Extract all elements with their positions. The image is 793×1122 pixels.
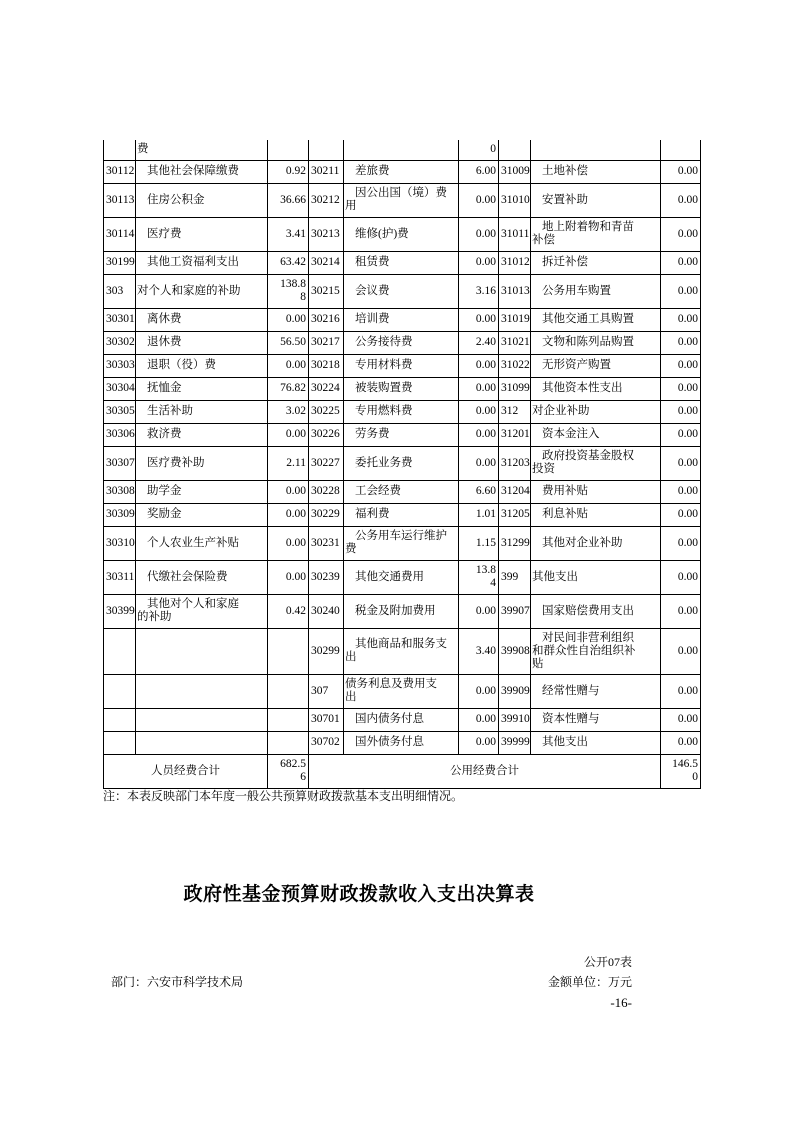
amount-cell: 0.00: [459, 183, 499, 217]
amount-cell: 0.92: [268, 160, 309, 183]
econ-code-cell: 31203: [499, 446, 531, 480]
econ-code-cell: 31013: [499, 274, 531, 308]
econ-code-cell: 39907: [499, 594, 531, 628]
table-row: 30199其他工资福利支出63.4230214租赁费0.0031012拆迁补偿0…: [104, 251, 701, 274]
personnel-total-label: 人员经费合计: [104, 754, 268, 788]
econ-code-cell: 31019: [499, 308, 531, 331]
econ-code-cell: 30114: [104, 217, 136, 251]
amount-cell: 0.00: [661, 251, 701, 274]
econ-item-cell: 医疗费补助: [136, 446, 268, 480]
econ-code-cell: 30702: [309, 731, 344, 754]
econ-item-cell: 抚恤金: [136, 377, 268, 400]
amount-cell: 3.16: [459, 274, 499, 308]
amount-cell: [268, 628, 309, 674]
table-row: 30112其他社会保障缴费0.9230211差旅费6.0031009土地补偿0.…: [104, 160, 701, 183]
econ-code-cell: 31299: [499, 526, 531, 560]
econ-item-cell: 专用燃料费: [344, 400, 459, 423]
econ-code-cell: 30228: [309, 480, 344, 503]
econ-code-cell: 30112: [104, 160, 136, 183]
econ-code-cell: 30301: [104, 308, 136, 331]
page-number: -16-: [103, 995, 632, 1011]
econ-code-cell: 30218: [309, 354, 344, 377]
econ-item-cell: 费用补贴: [531, 480, 661, 503]
econ-item-cell: 维修(护)费: [344, 217, 459, 251]
table-row: 30299其他商品和服务支出3.4039908对民间非营利组织和群众性自治组织补…: [104, 628, 701, 674]
amount-cell: [268, 674, 309, 708]
econ-item-cell: 公务接待费: [344, 331, 459, 354]
econ-code-cell: 30307: [104, 446, 136, 480]
amount-cell: 0.00: [661, 480, 701, 503]
amount-cell: 0.42: [268, 594, 309, 628]
amount-cell: 0.00: [661, 674, 701, 708]
econ-item-cell: 被装购置费: [344, 377, 459, 400]
econ-item-cell: 其他对企业补助: [531, 526, 661, 560]
amount-cell: 0.00: [459, 594, 499, 628]
econ-item-cell: 医疗费: [136, 217, 268, 251]
econ-item-cell: [344, 140, 459, 160]
econ-item-cell: 其他支出: [531, 560, 661, 594]
econ-item-cell: 租赁费: [344, 251, 459, 274]
econ-code-cell: 31010: [499, 183, 531, 217]
table-row: 30701国内债务付息0.0039910资本性赠与0.00: [104, 708, 701, 731]
econ-item-cell: 债务利息及费用支出: [344, 674, 459, 708]
amount-cell: 0.00: [459, 446, 499, 480]
table-row: 30309奖励金0.0030229福利费1.0131205利息补贴0.00: [104, 503, 701, 526]
econ-code-cell: 30225: [309, 400, 344, 423]
basic-expenditure-detail-table: 费030112其他社会保障缴费0.9230211差旅费6.0031009土地补偿…: [103, 140, 701, 789]
econ-code-cell: 30305: [104, 400, 136, 423]
amount-cell: 3.02: [268, 400, 309, 423]
econ-code-cell: 399: [499, 560, 531, 594]
econ-code-cell: 31011: [499, 217, 531, 251]
econ-code-cell: 30399: [104, 594, 136, 628]
econ-code-cell: 30224: [309, 377, 344, 400]
table-row: 30310个人农业生产补贴0.0030231公务用车运行维护费1.1531299…: [104, 526, 701, 560]
document-page: 费030112其他社会保障缴费0.9230211差旅费6.0031009土地补偿…: [0, 0, 793, 1122]
amount-cell: 1.15: [459, 526, 499, 560]
table-row: 30114医疗费3.4130213维修(护)费0.0031011地上附着物和青苗…: [104, 217, 701, 251]
amount-cell: 2.11: [268, 446, 309, 480]
econ-item-cell: 费: [136, 140, 268, 160]
amount-cell: 0.00: [661, 526, 701, 560]
table-row: 303对个人和家庭的补助138.8 830215会议费3.1631013公务用车…: [104, 274, 701, 308]
amount-cell: [268, 708, 309, 731]
econ-item-cell: 拆迁补偿: [531, 251, 661, 274]
amount-cell: 0.00: [459, 731, 499, 754]
amount-cell: 0.00: [661, 503, 701, 526]
econ-code-cell: 30213: [309, 217, 344, 251]
amount-cell: 0.00: [459, 251, 499, 274]
econ-item-cell: 对个人和家庭的补助: [136, 274, 268, 308]
table-body: 费030112其他社会保障缴费0.9230211差旅费6.0031009土地补偿…: [104, 140, 701, 788]
econ-code-cell: 31021: [499, 331, 531, 354]
econ-item-cell: 利息补贴: [531, 503, 661, 526]
econ-item-cell: 其他商品和服务支出: [344, 628, 459, 674]
table-row-continued: 费0: [104, 140, 701, 160]
amount-cell: 0.00: [268, 560, 309, 594]
econ-code-cell: 31205: [499, 503, 531, 526]
econ-code-cell: 30306: [104, 423, 136, 446]
econ-item-cell: 退休费: [136, 331, 268, 354]
amount-cell: 0.00: [459, 674, 499, 708]
public-total-value: 146.5 0: [661, 754, 701, 788]
econ-code-cell: 31204: [499, 480, 531, 503]
econ-item-cell: 福利费: [344, 503, 459, 526]
econ-code-cell: 30229: [309, 503, 344, 526]
econ-item-cell: 其他社会保障缴费: [136, 160, 268, 183]
econ-code-cell: 39910: [499, 708, 531, 731]
econ-item-cell: 救济费: [136, 423, 268, 446]
econ-code-cell: 31099: [499, 377, 531, 400]
econ-code-cell: 30217: [309, 331, 344, 354]
econ-code-cell: 30211: [309, 160, 344, 183]
table-row: 30303退职（役）费0.0030218专用材料费0.0031022无形资产购置…: [104, 354, 701, 377]
econ-item-cell: [136, 731, 268, 754]
econ-item-cell: 劳务费: [344, 423, 459, 446]
table-row: 30306救济费0.0030226劳务费0.0031201资本金注入0.00: [104, 423, 701, 446]
econ-item-cell: 国外债务付息: [344, 731, 459, 754]
amount-cell: 0.00: [661, 331, 701, 354]
amount-cell: 0.00: [661, 274, 701, 308]
econ-item-cell: 资本金注入: [531, 423, 661, 446]
amount-cell: 2.40: [459, 331, 499, 354]
amount-cell: 0.00: [268, 423, 309, 446]
econ-item-cell: 对企业补助: [531, 400, 661, 423]
econ-code-cell: 30214: [309, 251, 344, 274]
econ-item-cell: 经常性赠与: [531, 674, 661, 708]
amount-cell: 0.00: [459, 423, 499, 446]
amount-cell: 0.00: [661, 160, 701, 183]
amount-cell: 0.00: [661, 708, 701, 731]
table-row: 30305生活补助3.0230225专用燃料费0.00312对企业补助0.00: [104, 400, 701, 423]
econ-item-cell: 差旅费: [344, 160, 459, 183]
econ-item-cell: 其他对个人和家庭的补助: [136, 594, 268, 628]
econ-code-cell: [499, 140, 531, 160]
amount-cell: 0.00: [268, 526, 309, 560]
econ-item-cell: 国家赔偿费用支出: [531, 594, 661, 628]
amount-cell: 0.00: [459, 354, 499, 377]
table-row: 30307医疗费补助2.1130227委托业务费0.0031203政府投资基金股…: [104, 446, 701, 480]
econ-item-cell: 退职（役）费: [136, 354, 268, 377]
econ-item-cell: 个人农业生产补贴: [136, 526, 268, 560]
econ-item-cell: 税金及附加费用: [344, 594, 459, 628]
table-row: 30308助学金0.0030228工会经费6.6031204费用补贴0.00: [104, 480, 701, 503]
econ-item-cell: 其他工资福利支出: [136, 251, 268, 274]
table-row: 30311代缴社会保险费0.0030239其他交通费用13.8 4399其他支出…: [104, 560, 701, 594]
page-title: 政府性基金预算财政拨款收入支出决算表: [103, 883, 615, 906]
amount-cell: 0.00: [268, 503, 309, 526]
amount-cell: 0.00: [661, 446, 701, 480]
amount-cell: 0.00: [459, 308, 499, 331]
econ-code-cell: 30216: [309, 308, 344, 331]
econ-item-cell: 委托业务费: [344, 446, 459, 480]
econ-code-cell: 30240: [309, 594, 344, 628]
econ-code-cell: 30303: [104, 354, 136, 377]
unit-label: 金额单位：万元: [103, 973, 632, 990]
amount-cell: 0.00: [661, 183, 701, 217]
form-number-label: 公开07表: [103, 953, 632, 970]
econ-code-cell: 30239: [309, 560, 344, 594]
econ-code-cell: 30302: [104, 331, 136, 354]
table-note: 注：本表反映部门本年度一般公共预算财政拨款基本支出明细情况。: [103, 789, 463, 804]
econ-code-cell: 307: [309, 674, 344, 708]
econ-item-cell: 无形资产购置: [531, 354, 661, 377]
econ-code-cell: [104, 140, 136, 160]
econ-code-cell: 30308: [104, 480, 136, 503]
econ-code-cell: 39909: [499, 674, 531, 708]
amount-cell: 0.00: [459, 377, 499, 400]
econ-item-cell: 资本性赠与: [531, 708, 661, 731]
table-row: 30702国外债务付息0.0039999其他支出0.00: [104, 731, 701, 754]
econ-item-cell: 对民间非营利组织和群众性自治组织补贴: [531, 628, 661, 674]
econ-code-cell: 312: [499, 400, 531, 423]
econ-code-cell: 30226: [309, 423, 344, 446]
amount-cell: 0.00: [661, 628, 701, 674]
amount-cell: 0.00: [661, 594, 701, 628]
table-row: 30301离休费0.0030216培训费0.0031019其他交通工具购置0.0…: [104, 308, 701, 331]
econ-item-cell: 其他资本性支出: [531, 377, 661, 400]
amount-cell: 76.82: [268, 377, 309, 400]
econ-item-cell: 会议费: [344, 274, 459, 308]
amount-cell: 0.00: [661, 217, 701, 251]
amount-cell: 0.00: [661, 354, 701, 377]
econ-item-cell: 工会经费: [344, 480, 459, 503]
amount-cell: 0.00: [268, 480, 309, 503]
econ-item-cell: 地上附着物和青苗补偿: [531, 217, 661, 251]
amount-cell: 0.00: [459, 400, 499, 423]
amount-cell: 6.00: [459, 160, 499, 183]
amount-cell: [268, 731, 309, 754]
table-row: 30302退休费56.5030217公务接待费2.4031021文物和陈列品购置…: [104, 331, 701, 354]
econ-code-cell: 31201: [499, 423, 531, 446]
amount-cell: 0.00: [661, 560, 701, 594]
econ-code-cell: 30113: [104, 183, 136, 217]
econ-code-cell: 31012: [499, 251, 531, 274]
table-row: 30113住房公积金36.6630212因公出国（境）费用0.0031010安置…: [104, 183, 701, 217]
amount-cell: 0: [459, 140, 499, 160]
econ-code-cell: 39999: [499, 731, 531, 754]
econ-code-cell: 30701: [309, 708, 344, 731]
econ-item-cell: 培训费: [344, 308, 459, 331]
econ-item-cell: 文物和陈列品购置: [531, 331, 661, 354]
amount-cell: 0.00: [661, 377, 701, 400]
econ-item-cell: [136, 708, 268, 731]
econ-item-cell: 安置补助: [531, 183, 661, 217]
amount-cell: 0.00: [661, 423, 701, 446]
econ-item-cell: 离休费: [136, 308, 268, 331]
table-footer-row: 人员经费合计682.5 6公用经费合计146.5 0: [104, 754, 701, 788]
econ-item-cell: 其他交通费用: [344, 560, 459, 594]
econ-code-cell: 39908: [499, 628, 531, 674]
econ-item-cell: 其他支出: [531, 731, 661, 754]
econ-code-cell: 30311: [104, 560, 136, 594]
econ-code-cell: 30310: [104, 526, 136, 560]
econ-code-cell: 303: [104, 274, 136, 308]
amount-cell: 1.01: [459, 503, 499, 526]
amount-cell: 0.00: [268, 354, 309, 377]
amount-cell: 3.40: [459, 628, 499, 674]
econ-item-cell: 国内债务付息: [344, 708, 459, 731]
econ-code-cell: 31022: [499, 354, 531, 377]
amount-cell: 56.50: [268, 331, 309, 354]
econ-item-cell: 奖励金: [136, 503, 268, 526]
econ-code-cell: 30304: [104, 377, 136, 400]
econ-code-cell: 30212: [309, 183, 344, 217]
personnel-total-value: 682.5 6: [268, 754, 309, 788]
econ-item-cell: 公务用车购置: [531, 274, 661, 308]
amount-cell: 0.00: [661, 400, 701, 423]
econ-code-cell: [104, 708, 136, 731]
amount-cell: 0.00: [661, 731, 701, 754]
econ-code-cell: 30227: [309, 446, 344, 480]
econ-item-cell: 助学金: [136, 480, 268, 503]
amount-cell: 63.42: [268, 251, 309, 274]
econ-item-cell: 生活补助: [136, 400, 268, 423]
amount-cell: 6.60: [459, 480, 499, 503]
econ-item-cell: [136, 674, 268, 708]
amount-cell: [268, 140, 309, 160]
amount-cell: 0.00: [459, 217, 499, 251]
econ-item-cell: 因公出国（境）费用: [344, 183, 459, 217]
econ-code-cell: 30299: [309, 628, 344, 674]
amount-cell: 138.8 8: [268, 274, 309, 308]
econ-item-cell: [531, 140, 661, 160]
econ-item-cell: 代缴社会保险费: [136, 560, 268, 594]
amount-cell: 0.00: [268, 308, 309, 331]
econ-code-cell: 30309: [104, 503, 136, 526]
econ-code-cell: [309, 140, 344, 160]
table-row: 30304抚恤金76.8230224被装购置费0.0031099其他资本性支出0…: [104, 377, 701, 400]
econ-item-cell: 其他交通工具购置: [531, 308, 661, 331]
public-total-label: 公用经费合计: [309, 754, 661, 788]
econ-item-cell: 土地补偿: [531, 160, 661, 183]
econ-item-cell: 政府投资基金股权投资: [531, 446, 661, 480]
amount-cell: 13.8 4: [459, 560, 499, 594]
econ-item-cell: 住房公积金: [136, 183, 268, 217]
amount-cell: 0.00: [661, 308, 701, 331]
econ-code-cell: 31009: [499, 160, 531, 183]
econ-code-cell: [104, 731, 136, 754]
econ-item-cell: [136, 628, 268, 674]
amount-cell: 0.00: [459, 708, 499, 731]
econ-item-cell: 专用材料费: [344, 354, 459, 377]
econ-code-cell: 30231: [309, 526, 344, 560]
table-row: 30399其他对个人和家庭的补助0.4230240税金及附加费用0.003990…: [104, 594, 701, 628]
econ-code-cell: 30215: [309, 274, 344, 308]
econ-code-cell: [104, 628, 136, 674]
table-row: 307债务利息及费用支出0.0039909经常性赠与0.00: [104, 674, 701, 708]
amount-cell: 36.66: [268, 183, 309, 217]
econ-code-cell: 30199: [104, 251, 136, 274]
amount-cell: 3.41: [268, 217, 309, 251]
econ-item-cell: 公务用车运行维护费: [344, 526, 459, 560]
econ-code-cell: [104, 674, 136, 708]
amount-cell: [661, 140, 701, 160]
